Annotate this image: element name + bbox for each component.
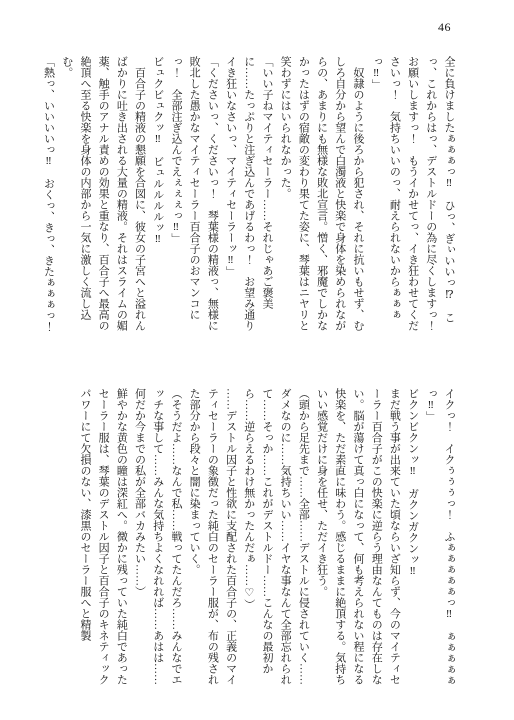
text-tier-lower: イクっ！ イクぅぅぅっ！ ふぁぁぁぁぁっ‼ ぁぁぁぁぁっ‼」ビクンビクンッ‼ ガ… <box>76 388 458 692</box>
page-number: 46 <box>438 20 451 35</box>
paragraph: 全に負けましたぁぁぁっ‼ ひっ、ぎぃいいっ⁉ こっ、これからはっ、デストルドーの… <box>367 56 458 339</box>
paragraph: 「熱っ、いいいいっ‼ おくっ、きっ、きたぁぁぁっ！ <box>39 56 57 339</box>
paragraph: 奴隷のように後ろから犯され、それに抗いもせず、むしろ自分から望んで白濁液と快楽で… <box>276 56 367 339</box>
paragraph: まだ戦う事が出来ていた頃ならいざ知らず、今のマイティセーラー百合子がこの快楽に逆… <box>312 388 403 692</box>
book-page: 46 全に負けましたぁぁぁっ‼ ひっ、ぎぃいいっ⁉ こっ、これからはっ、デストル… <box>0 0 514 720</box>
paragraph: ビュクビュクッ‼ ビュルルルルッ‼ <box>149 56 167 339</box>
paragraph: 「いい子ねマイティセーラー……それじゃあご褒美に……たっぷりと注ぎ込んであげるわ… <box>221 56 276 339</box>
paragraph: 「くださいっ、くださいっ！ 琴葉様の精液っ、無様に敗北した愚かなマイティセーラー… <box>167 56 222 339</box>
paragraph: （頭から足先まで……全部……デストルに侵されていく……ダメなのに……気持ちいい…… <box>240 388 313 692</box>
text-tier-upper: 全に負けましたぁぁぁっ‼ ひっ、ぎぃいいっ⁉ こっ、これからはっ、デストルドーの… <box>39 56 458 339</box>
paragraph: イクっ！ イクぅぅぅっ！ ふぁぁぁぁぁっ‼ ぁぁぁぁぁっ‼」 <box>422 388 458 692</box>
paragraph: （そうだよ……なんで私……戦ってたんだろ……みんなでエッチな事して……みんな気持… <box>130 388 185 692</box>
paragraph: ビクンビクンッ‼ ガクンガクンッ‼ <box>403 388 421 692</box>
paragraph: ……デストル因子と性欲に支配された百合子の、正義のマイティセーラーの象徴だった純… <box>185 388 240 692</box>
paragraph: 鮮やかな黄色の瞳は深紅へ。微かに残っていた純白であったセーラー服は、琴葉のデスト… <box>76 388 131 692</box>
paragraph: 百合子の精液の懇願を合図に、彼女の子宮へと溢れんばかりに吐き出される大量の精液。… <box>58 56 149 339</box>
